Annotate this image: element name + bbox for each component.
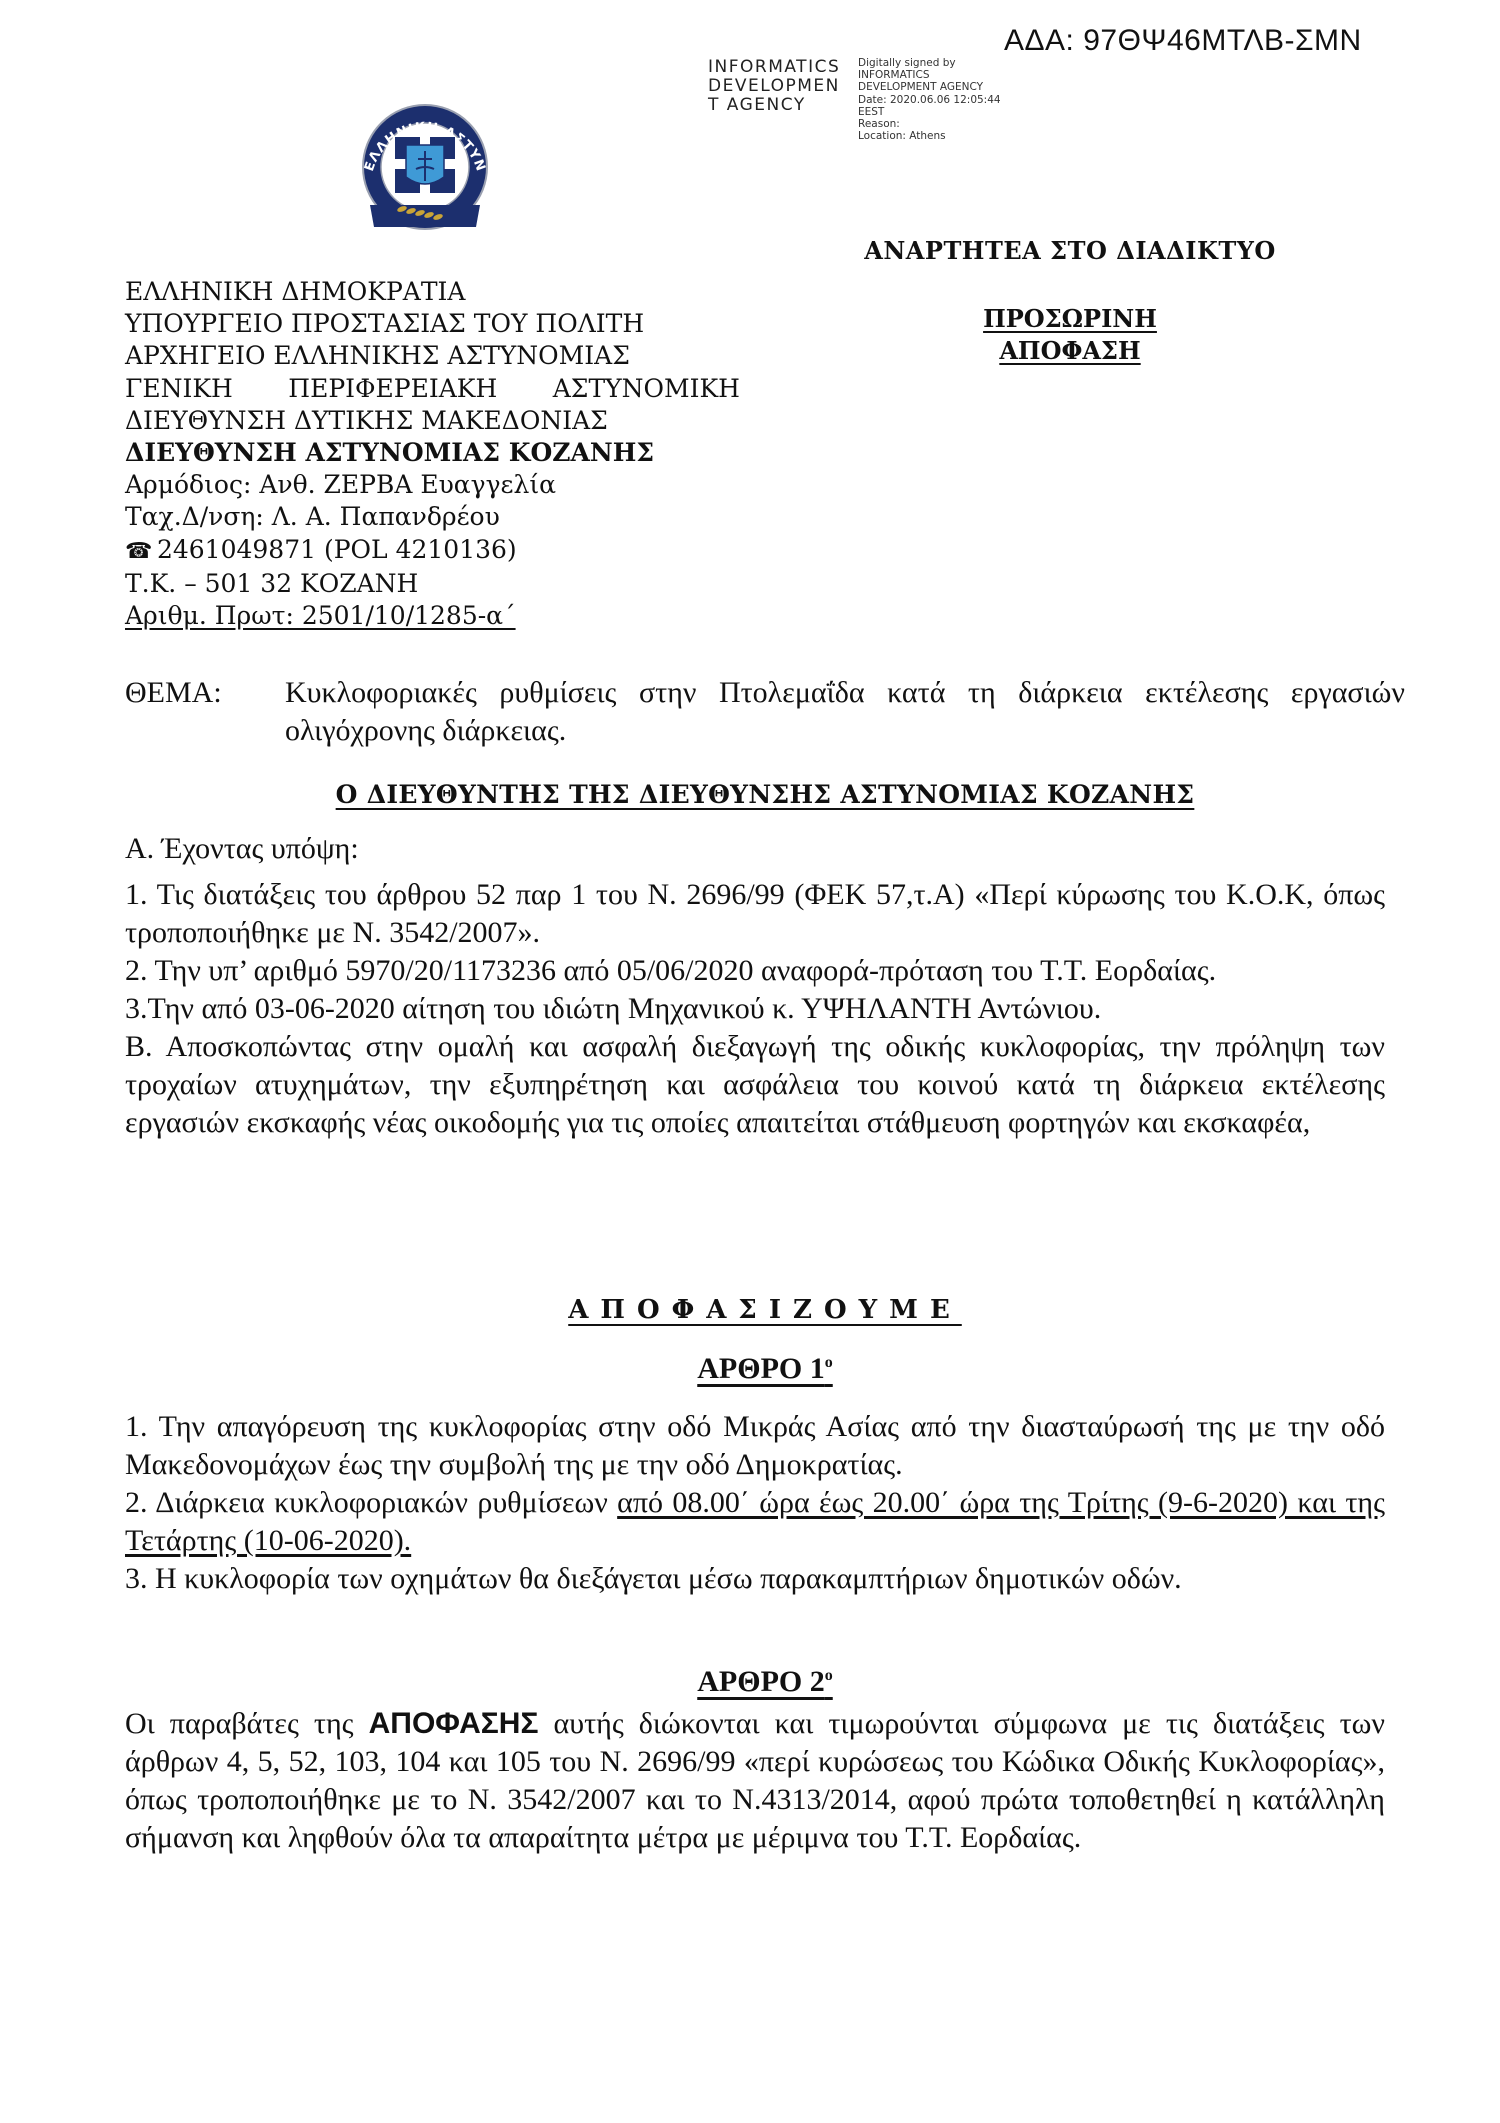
post-online-notice: ΑΝΑΡΤΗΤΕΑ ΣΤΟ ΔΙΑΔΙΚΤΥΟ bbox=[820, 236, 1320, 265]
decision-type-line: ΑΠΟΦΑΣΗ bbox=[999, 336, 1140, 365]
authority-word: ΓΕΝΙΚΗ bbox=[125, 373, 233, 405]
considerations-list: 1. Τις διατάξεις του άρθρου 52 παρ 1 του… bbox=[125, 876, 1385, 1142]
signature-details: Digitally signed by INFORMATICS DEVELOPM… bbox=[858, 57, 1001, 142]
article-1-item: 1. Την απαγόρευση της κυκλοφορίας στην ο… bbox=[125, 1408, 1385, 1484]
article-2-title-text: ΑΡΘΡΟ 2 bbox=[697, 1665, 825, 1698]
article-2-title: ΑΡΘΡΟ 2ο bbox=[125, 1665, 1405, 1699]
hellenic-police-emblem-icon: ΕΛΛΗΝΙΚΗ ΑΣΤΥΝΟΜΙΑ bbox=[350, 95, 500, 235]
phone-number: 2461049871 (POL 4210136) bbox=[157, 535, 517, 564]
consideration-item: 1. Τις διατάξεις του άρθρου 52 παρ 1 του… bbox=[125, 876, 1385, 952]
article-2-bold-word: ΑΠΟΦΑΣΗΣ bbox=[369, 1707, 539, 1740]
decision-type-line: ΠΡΟΣΩΡΙΝΗ bbox=[983, 304, 1157, 333]
signer-line: INFORMATICS bbox=[708, 58, 840, 77]
postal-address: Ταχ.Δ/νση: Λ. Α. Παπανδρέου bbox=[125, 501, 740, 533]
subject: ΘΕΜΑ: Κυκλοφοριακές ρυθμίσεις στην Πτολε… bbox=[125, 674, 1405, 750]
article-2-title-sup: ο bbox=[825, 1667, 833, 1684]
article-2-body: Οι παραβάτες της ΑΠΟΦΑΣΗΣ αυτής διώκοντα… bbox=[125, 1705, 1385, 1857]
article-1-title-text: ΑΡΘΡΟ 1 bbox=[697, 1352, 825, 1385]
postal-code: Τ.Κ. – 501 32 ΚΟΖΑΝΗ bbox=[125, 568, 740, 600]
issuing-authority-block: ΕΛΛΗΝΙΚΗ ΔΗΜΟΚΡΑΤΙΑ ΥΠΟΥΡΓΕΙΟ ΠΡΟΣΤΑΣΙΑΣ… bbox=[125, 276, 740, 632]
decision-heading: ΑΠΟΦΑΣΙΖΟΥΜΕ bbox=[125, 1295, 1405, 1325]
article-1-title: ΑΡΘΡΟ 1ο bbox=[125, 1352, 1405, 1386]
consideration-item: 3.Την από 03-06-2020 αίτηση του ιδιώτη Μ… bbox=[125, 990, 1385, 1028]
subject-label: ΘΕΜΑ: bbox=[125, 674, 285, 750]
authority-word: ΠΕΡΙΦΕΡΕΙΑΚΗ bbox=[288, 373, 497, 405]
phone-icon: ☎ bbox=[125, 536, 149, 568]
consideration-item: Β. Αποσκοπώντας στην ομαλή και ασφαλή δι… bbox=[125, 1028, 1385, 1142]
authority-line: ΥΠΟΥΡΓΕΙΟ ΠΡΟΣΤΑΣΙΑΣ ΤΟΥ ΠΟΛΙΤΗ bbox=[125, 308, 740, 340]
authority-line: ΑΡΧΗΓΕΙΟ ΕΛΛΗΝΙΚΗΣ ΑΣΤΥΝΟΜΙΑΣ bbox=[125, 340, 740, 372]
phone-line: ☎ 2461049871 (POL 4210136) bbox=[125, 534, 740, 568]
authority-word: ΑΣΤΥΝΟΜΙΚΗ bbox=[553, 373, 740, 405]
article-2-text: Οι παραβάτες της bbox=[125, 1707, 369, 1740]
director-heading: Ο ΔΙΕΥΘΥΝΤΗΣ ΤΗΣ ΔΙΕΥΘΥΝΣΗΣ ΑΣΤΥΝΟΜΙΑΣ Κ… bbox=[125, 780, 1405, 809]
article-1-item: 3. Η κυκλοφορία των οχημάτων θα διεξάγετ… bbox=[125, 1560, 1385, 1598]
protocol-number: Αριθμ. Πρωτ: 2501/10/1285-α΄ bbox=[125, 600, 740, 632]
signer-line: DEVELOPMEN bbox=[708, 77, 840, 96]
signer-line: T AGENCY bbox=[708, 96, 840, 115]
article-2-paragraph: Οι παραβάτες της ΑΠΟΦΑΣΗΣ αυτής διώκοντα… bbox=[125, 1705, 1385, 1857]
authority-line: ΓΕΝΙΚΗ ΠΕΡΙΦΕΡΕΙΑΚΗ ΑΣΤΥΝΟΜΙΚΗ bbox=[125, 373, 740, 405]
decision-type: ΠΡΟΣΩΡΙΝΗ ΑΠΟΦΑΣΗ bbox=[820, 303, 1320, 367]
responsible-officer: Αρμόδιος: Ανθ. ΖΕΡΒΑ Ευαγγελία bbox=[125, 469, 740, 501]
subject-text: Κυκλοφοριακές ρυθμίσεις στην Πτολεμαΐδα … bbox=[285, 674, 1405, 750]
document-status-block: ΑΝΑΡΤΗΤΕΑ ΣΤΟ ΔΙΑΔΙΚΤΥΟ ΠΡΟΣΩΡΙΝΗ ΑΠΟΦΑΣ… bbox=[820, 236, 1320, 367]
authority-line: ΔΙΕΥΘΥΝΣΗ ΔΥΤΙΚΗΣ ΜΑΚΕΔΟΝΙΑΣ bbox=[125, 405, 740, 437]
article-1-item: 2. Διάρκεια κυκλοφοριακών ρυθμίσεων από … bbox=[125, 1484, 1385, 1560]
article-1-title-sup: ο bbox=[825, 1354, 833, 1371]
consideration-item: 2. Την υπ’ αριθμό 5970/20/1173236 από 05… bbox=[125, 952, 1385, 990]
directorate-name: ΔΙΕΥΘΥΝΣΗ ΑΣΤΥΝΟΜΙΑΣ ΚΟΖΑΝΗΣ bbox=[125, 437, 740, 469]
section-a-heading: Α. Έχοντας υπόψη: bbox=[125, 830, 359, 868]
article-1-item-2-text: 2. Διάρκεια κυκλοφοριακών ρυθμίσεων bbox=[125, 1486, 617, 1519]
authority-line: ΕΛΛΗΝΙΚΗ ΔΗΜΟΚΡΑΤΙΑ bbox=[125, 276, 740, 308]
signature-signer: INFORMATICS DEVELOPMEN T AGENCY bbox=[708, 58, 840, 115]
ada-code: ΑΔΑ: 97ΘΨ46ΜΤΛΒ-ΣΜΝ bbox=[1004, 24, 1362, 58]
article-1-body: 1. Την απαγόρευση της κυκλοφορίας στην ο… bbox=[125, 1408, 1385, 1598]
